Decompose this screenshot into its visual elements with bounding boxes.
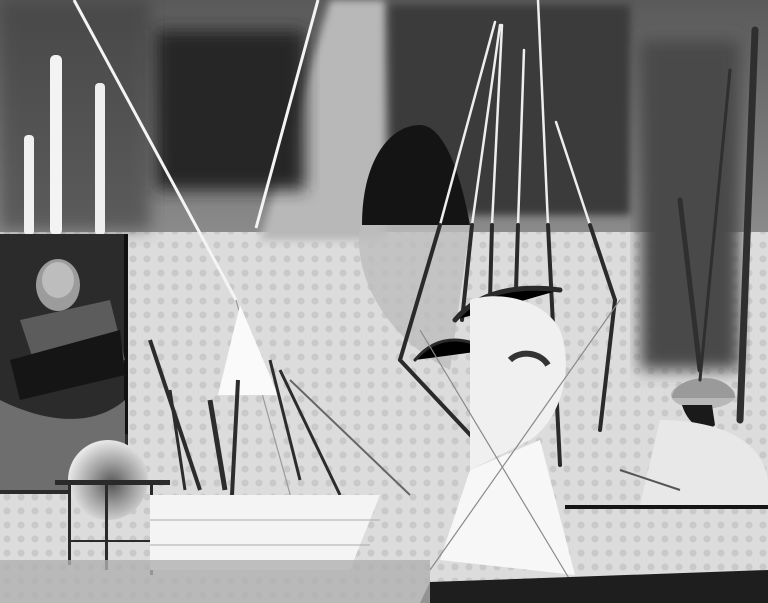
painting [0, 0, 768, 603]
